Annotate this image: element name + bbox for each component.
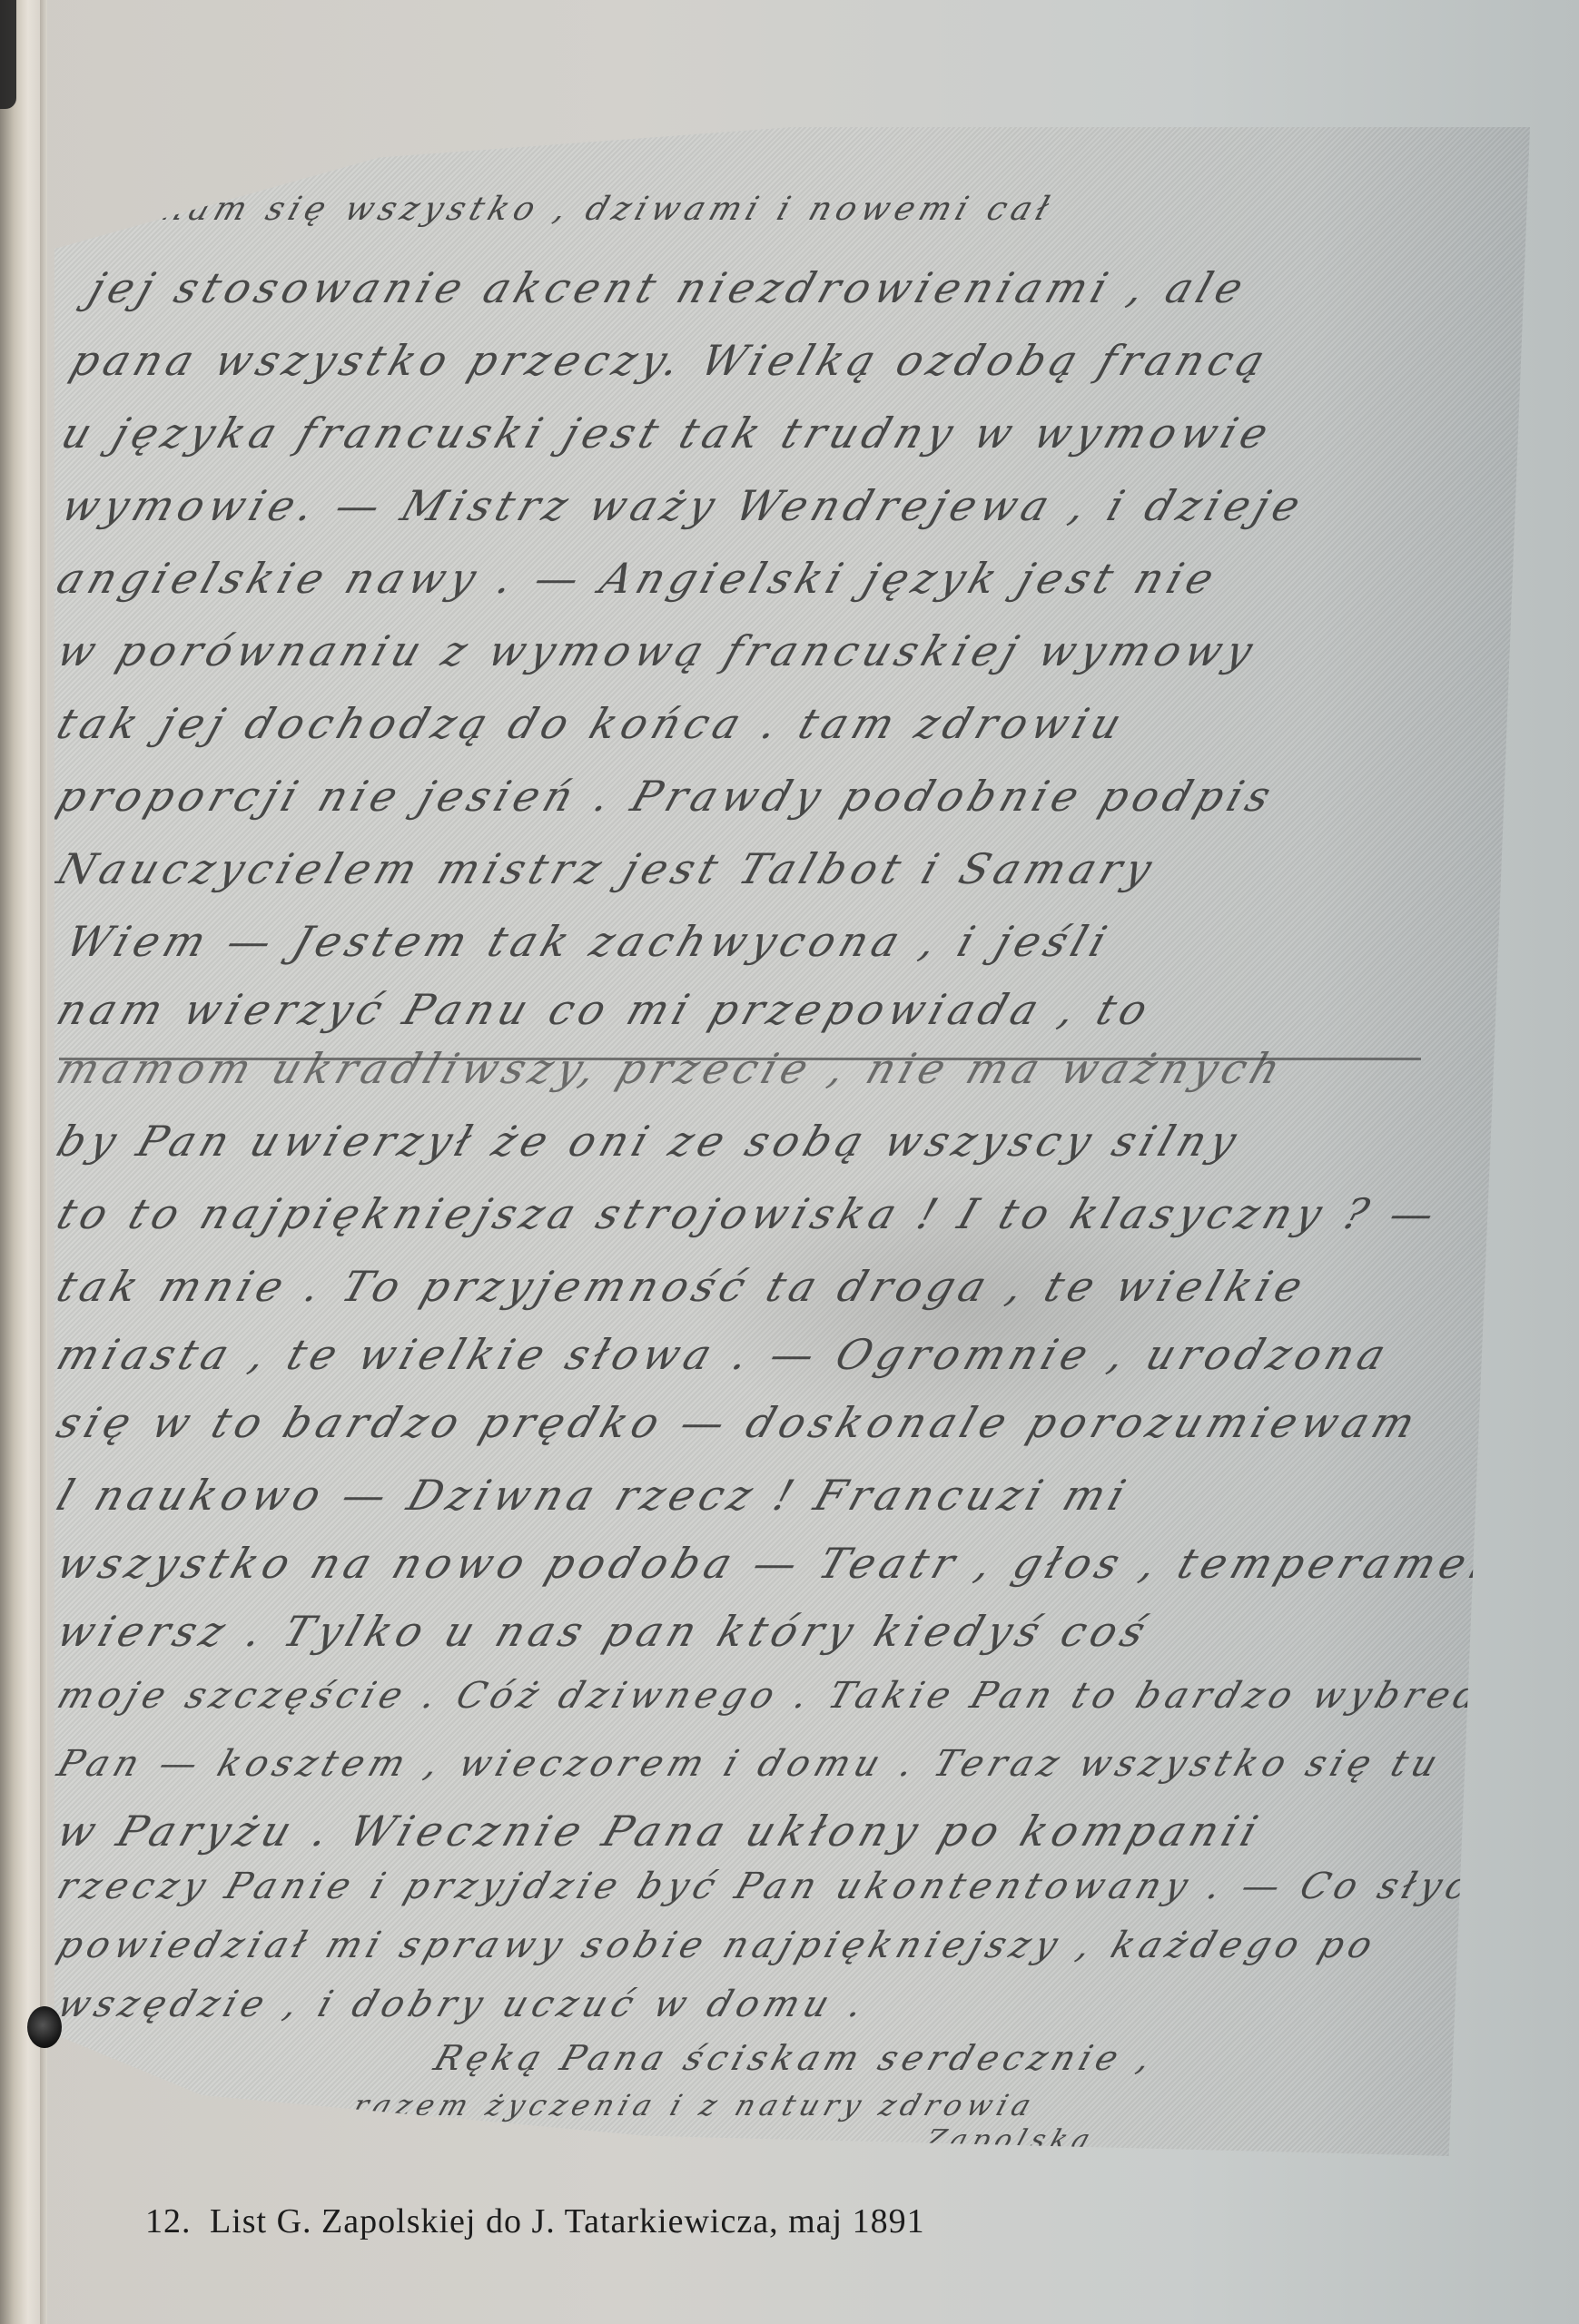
figure-number: 12. <box>145 2202 192 2240</box>
letter-line: Wiem — Jestem tak zachwycona , i jeśli <box>60 917 1118 966</box>
letter-line: miasta , te wielkie słowa . — Ogromnie ,… <box>51 1330 1397 1379</box>
letter-line: powiedział mi sprawy sobie najpiękniejsz… <box>53 1925 1384 1966</box>
page-hole-mark <box>27 2006 62 2048</box>
letter-line: wszędzie , i dobry uczuć w domu . <box>53 1984 874 2025</box>
letter-line: u języka francuski jest tak trudny w wym… <box>55 409 1279 458</box>
figure-caption: 12. List G. Zapolskiej do J. Tatarkiewic… <box>145 2201 925 2241</box>
letter-line-struck: mamom ukradliwszy, przecie , nie ma ważn… <box>51 1044 1292 1093</box>
letter-facsimile: nam się wszystko , dziwami i nowemi cał … <box>54 127 1530 2156</box>
letter-line: wymowie. — Mistrz waży Wendrejewa , i dz… <box>55 481 1311 530</box>
letter-line: Pan — kosztem , wieczorem i domu . Teraz… <box>53 1743 1448 1785</box>
letter-line: w porównaniu z wymową francuskiej wymowy <box>51 626 1264 675</box>
letter-line: pana wszystko przeczy. Wielką ozdobą fra… <box>64 336 1276 385</box>
letter-line: się w to bardzo prędko — doskonale poroz… <box>51 1398 1426 1447</box>
page-edge <box>40 0 47 2324</box>
letter-line: tak mnie . To przyjemność ta droga , te … <box>51 1262 1314 1311</box>
letter-line: rzeczy Panie i przyjdzie być Pan ukonten… <box>53 1866 1561 1907</box>
letter-line: angielskie nawy . — Angielski język jest… <box>51 554 1225 603</box>
letter-closing: razem życzenia i z natury zdrowia <box>349 2088 1041 2122</box>
spine-shadow <box>0 0 16 109</box>
letter-closing: Ręką Pana ściskam serdecznie , <box>429 2038 1162 2078</box>
letter-line: Nauczycielem mistrz jest Talbot i Samary <box>51 844 1163 893</box>
letter-line: to to najpiękniejsza strojowiska ! I to … <box>51 1189 1446 1238</box>
letter-line: nam się wszystko , dziwami i nowemi cał <box>157 191 1059 228</box>
letter-line: proporcji nie jesień . Prawdy podobnie p… <box>51 772 1282 821</box>
letter-line: wszystko na nowo podoba — Teatr , głos ,… <box>51 1539 1533 1588</box>
letter-line: w Paryżu . Wiecznie Pana ukłony po kompa… <box>51 1807 1268 1856</box>
letter-line: by Pan uwierzył że oni ze sobą wszyscy s… <box>51 1117 1248 1166</box>
book-spine <box>0 0 40 2324</box>
letter-line: moje szczęście . Cóż dziwnego . Takie Pa… <box>53 1675 1545 1717</box>
letter-line: tak jej dochodzą do końca . tam zdrowiu <box>51 699 1133 748</box>
letter-line: jej stosowanie akcent niezdrowieniami , … <box>83 263 1255 312</box>
letter-line: wiersz . Tylko u nas pan który kiedyś co… <box>51 1607 1157 1656</box>
letter-line: nam wierzyć Panu co mi przepowiada , to <box>51 985 1159 1034</box>
letter-line: l naukowo — Dziwna rzecz ! Francuzi mi <box>51 1471 1137 1520</box>
letter-signature: Zapolska <box>921 2124 1099 2156</box>
figure-caption-text: List G. Zapolskiej do J. Tatarkiewicza, … <box>210 2202 925 2240</box>
